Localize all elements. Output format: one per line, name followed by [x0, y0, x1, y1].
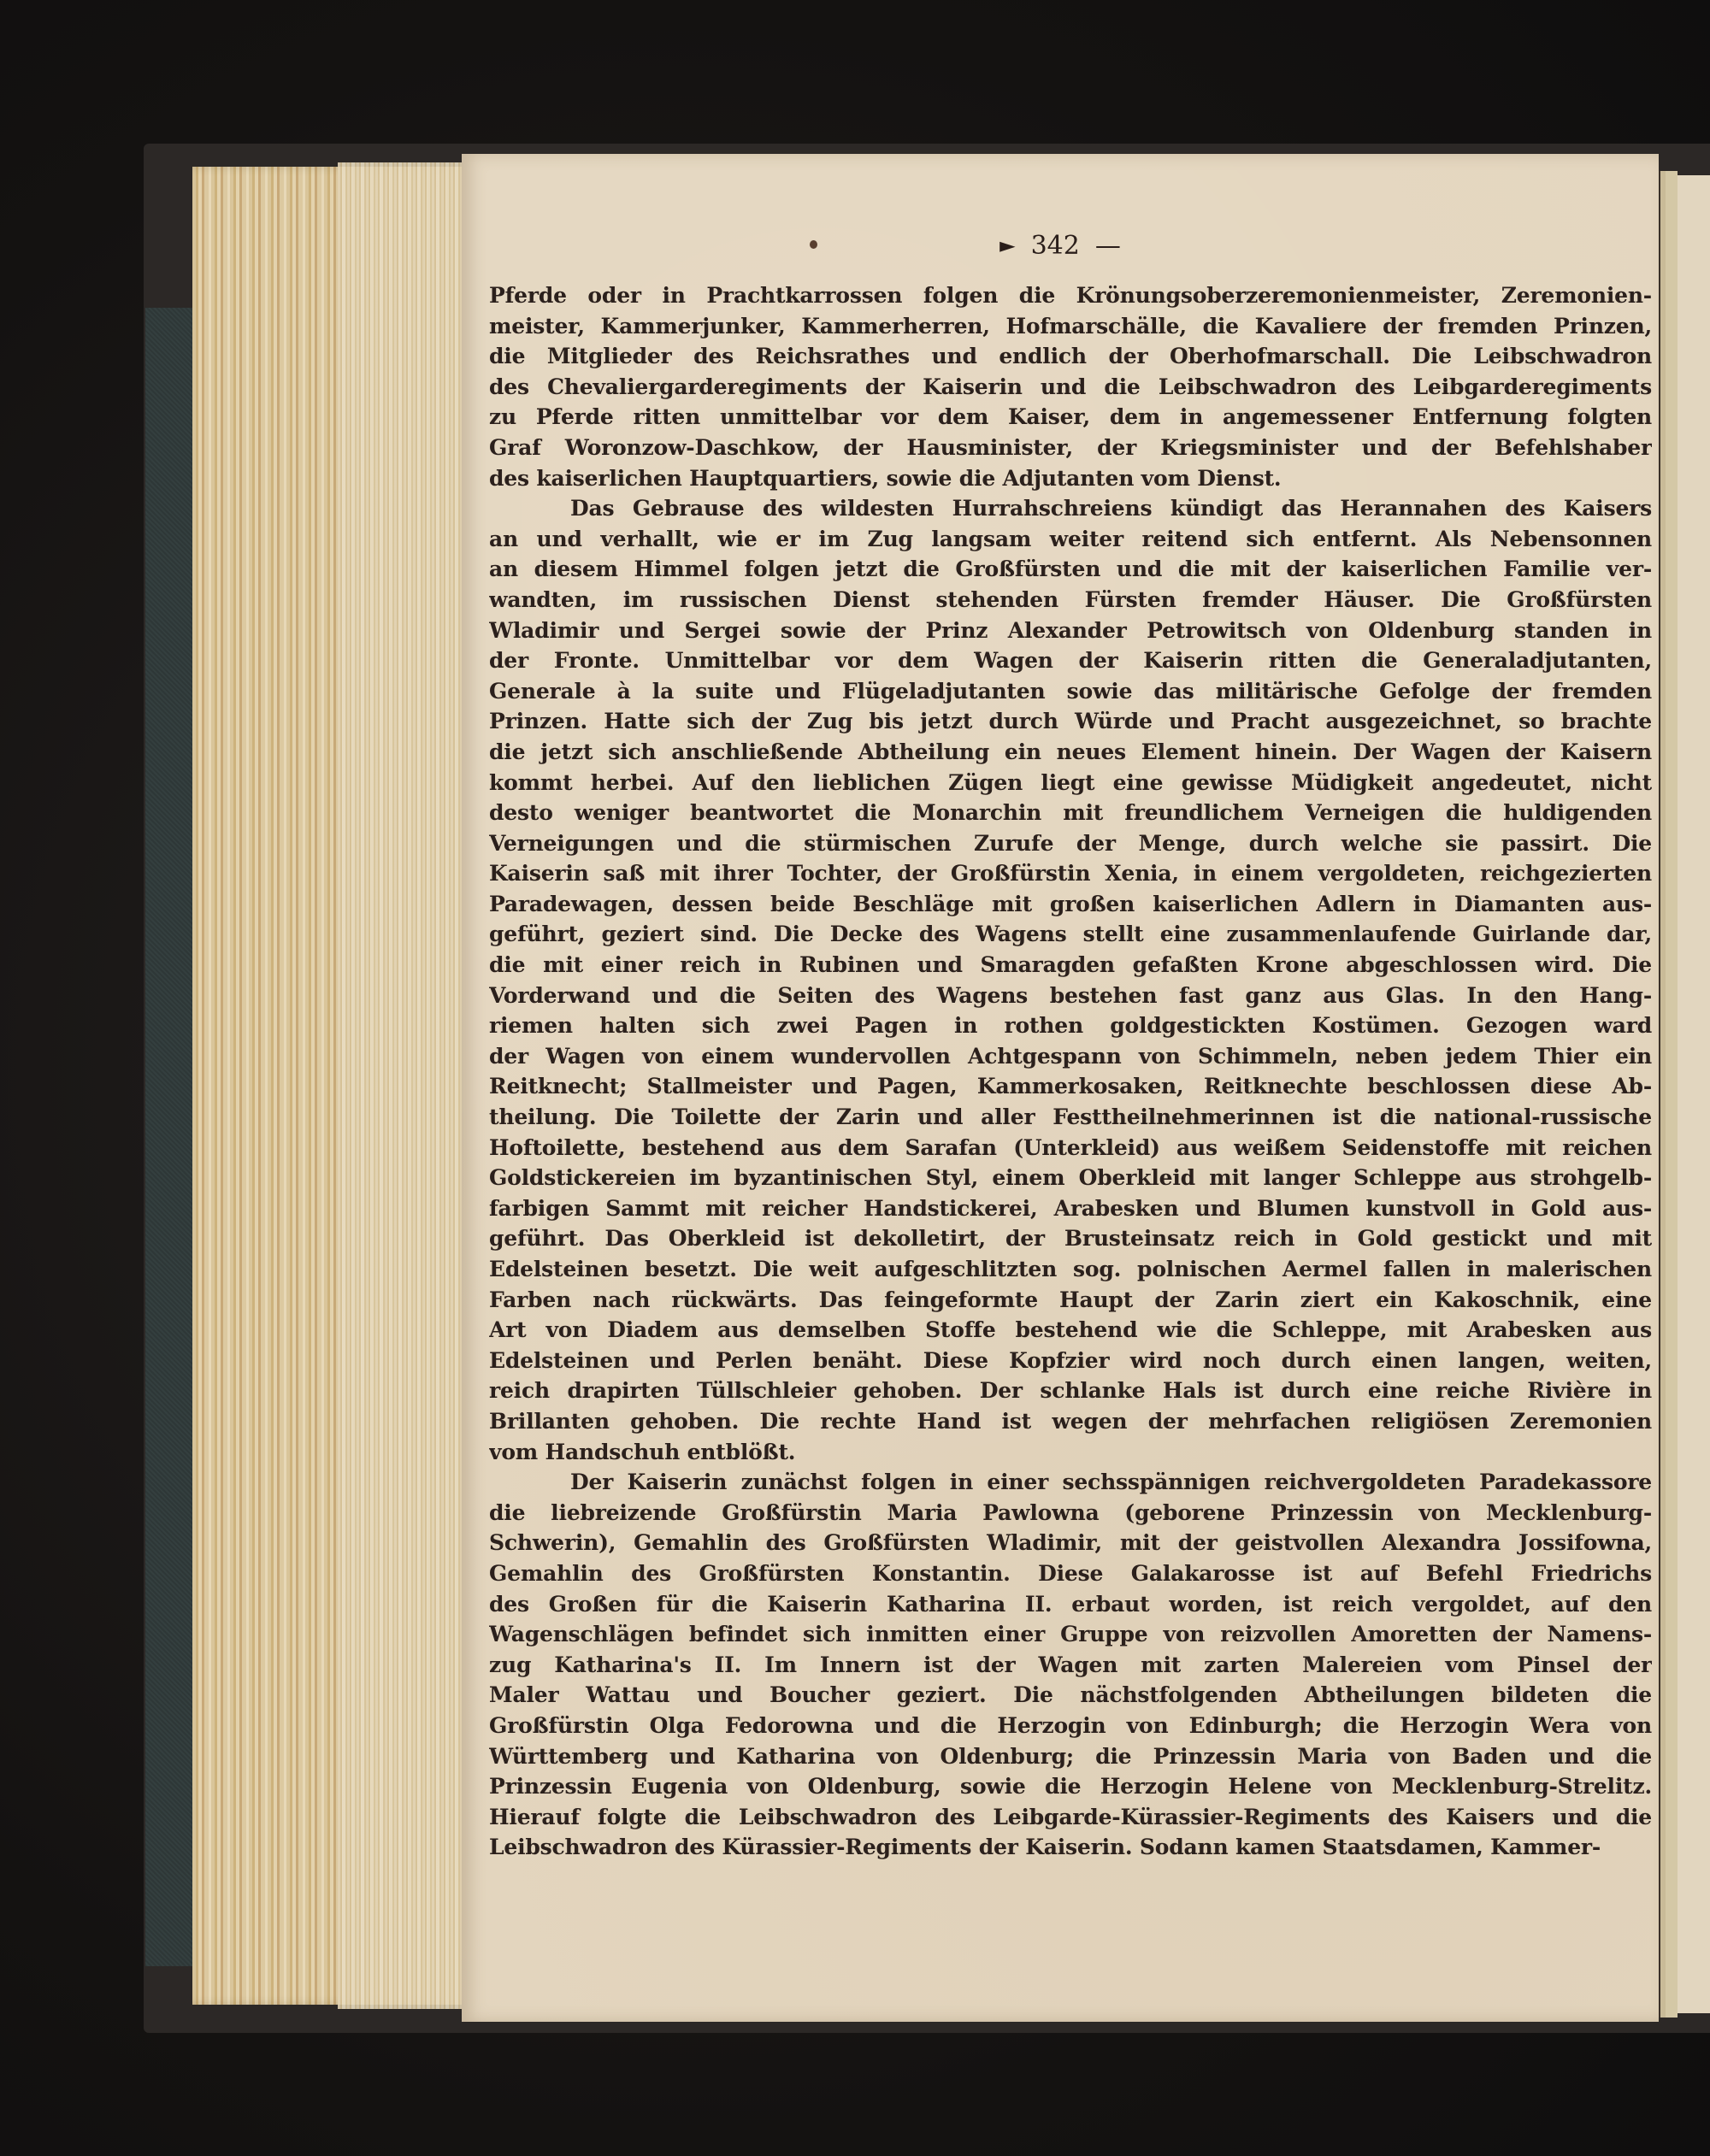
text-line: Hoftoilette, bestehend aus dem Sarafan (… — [489, 1133, 1652, 1163]
page-header: ► 342 — — [462, 224, 1659, 267]
text-line: die liebreizende Großfürstin Maria Pawlo… — [489, 1498, 1652, 1529]
text-line: der Wagen von einem wundervollen Achtges… — [489, 1041, 1652, 1072]
text-line: zug Katharina's II. Im Innern ist der Wa… — [489, 1650, 1652, 1681]
text-line: Prinzessin Eugenia von Oldenburg, sowie … — [489, 1771, 1652, 1802]
paragraph: Der Kaiserin zunächst folgen in einer se… — [489, 1467, 1652, 1863]
text-line: Prinzen. Hatte sich der Zug bis jetzt du… — [489, 706, 1652, 737]
text-line: an diesem Himmel folgen jetzt die Großfü… — [489, 554, 1652, 585]
header-suffix-mark: — — [1095, 231, 1121, 261]
text-line: Wagenschlägen befindet sich inmitten ein… — [489, 1619, 1652, 1650]
text-line: zu Pferde ritten unmittelbar vor dem Kai… — [489, 402, 1652, 433]
page-number: 342 — [1031, 231, 1080, 261]
text-line: Edelsteinen besetzt. Die weit aufgeschli… — [489, 1254, 1652, 1285]
text-line: Art von Diadem aus demselben Stoffe best… — [489, 1315, 1652, 1346]
paragraph: Das Gebrause des wildesten Hurrahschreie… — [489, 493, 1652, 1467]
text-line: Kaiserin saß mit ihrer Tochter, der Groß… — [489, 858, 1652, 889]
text-line: Schwerin), Gemahlin des Großfürsten Wlad… — [489, 1528, 1652, 1558]
text-line: riemen halten sich zwei Pagen in rothen … — [489, 1010, 1652, 1041]
text-line: Verneigungen und die stürmischen Zurufe … — [489, 828, 1652, 859]
book-spine-cloth — [145, 308, 197, 1966]
text-line: Generale à la suite und Flügeladjutanten… — [489, 676, 1652, 707]
header-prefix-mark: ► — [999, 233, 1015, 257]
text-line: Graf Woronzow-Daschkow, der Hausminister… — [489, 433, 1652, 463]
facing-page-edge — [1678, 175, 1710, 2013]
text-line: wandten, im russischen Dienst stehenden … — [489, 585, 1652, 616]
body-text: Pferde oder in Prachtkarrossen folgen di… — [489, 280, 1652, 1863]
text-line: desto weniger beantwortet die Monarchin … — [489, 798, 1652, 828]
text-line: Das Gebrause des wildesten Hurrahschreie… — [489, 493, 1652, 524]
text-line: Farben nach rückwärts. Das feingeformte … — [489, 1285, 1652, 1316]
text-line: meister, Kammerjunker, Kammerherren, Hof… — [489, 311, 1652, 342]
text-line: kommt herbei. Auf den lieblichen Zügen l… — [489, 768, 1652, 798]
paragraph: Pferde oder in Prachtkarrossen folgen di… — [489, 280, 1652, 493]
text-line: Paradewagen, dessen beide Beschläge mit … — [489, 889, 1652, 920]
text-line: Vorderwand und die Seiten des Wagens bes… — [489, 981, 1652, 1011]
text-line: geführt, geziert sind. Die Decke des Wag… — [489, 919, 1652, 950]
text-line: der Fronte. Unmittelbar vor dem Wagen de… — [489, 645, 1652, 676]
text-line: die jetzt sich anschließende Abtheilung … — [489, 737, 1652, 768]
text-line: vom Handschuh entblößt. — [489, 1437, 1652, 1468]
text-line: Reitknecht; Stallmeister und Pagen, Kamm… — [489, 1071, 1652, 1102]
text-line: reich drapirten Tüllschleier gehoben. De… — [489, 1375, 1652, 1406]
text-line: die Mitglieder des Reichsrathes und endl… — [489, 341, 1652, 372]
text-line: Gemahlin des Großfürsten Konstantin. Die… — [489, 1558, 1652, 1589]
text-line: theilung. Die Toilette der Zarin und all… — [489, 1102, 1652, 1133]
text-line: Wladimir und Sergei sowie der Prinz Alex… — [489, 616, 1652, 646]
text-line: Pferde oder in Prachtkarrossen folgen di… — [489, 280, 1652, 311]
text-line: Der Kaiserin zunächst folgen in einer se… — [489, 1467, 1652, 1498]
text-line: des Chevaliergarderegiments der Kaiserin… — [489, 372, 1652, 403]
text-line: an und verhallt, wie er im Zug langsam w… — [489, 524, 1652, 555]
text-line: Edelsteinen und Perlen benäht. Diese Kop… — [489, 1346, 1652, 1376]
text-line: des kaiserlichen Hauptquartiers, sowie d… — [489, 463, 1652, 494]
text-line: die mit einer reich in Rubinen und Smara… — [489, 950, 1652, 981]
text-line: des Großen für die Kaiserin Katharina II… — [489, 1589, 1652, 1620]
text-line: Maler Wattau und Boucher geziert. Die nä… — [489, 1680, 1652, 1711]
text-line: Leibschwadron des Kürassier-Regiments de… — [489, 1832, 1652, 1863]
page-gutter — [1659, 171, 1678, 2018]
ink-spot — [810, 240, 817, 249]
text-line: Hierauf folgte die Leibschwadron des Lei… — [489, 1802, 1652, 1833]
text-line: Württemberg und Katharina von Oldenburg;… — [489, 1741, 1652, 1772]
text-line: farbigen Sammt mit reicher Handstickerei… — [489, 1193, 1652, 1224]
text-line: Großfürstin Olga Fedorowna und die Herzo… — [489, 1711, 1652, 1741]
text-line: Goldstickereien im byzantinischen Styl, … — [489, 1163, 1652, 1193]
text-line: geführt. Das Oberkleid ist dekolletirt, … — [489, 1223, 1652, 1254]
text-line: Brillanten gehoben. Die rechte Hand ist … — [489, 1406, 1652, 1437]
page-edges-inner — [338, 162, 466, 2009]
